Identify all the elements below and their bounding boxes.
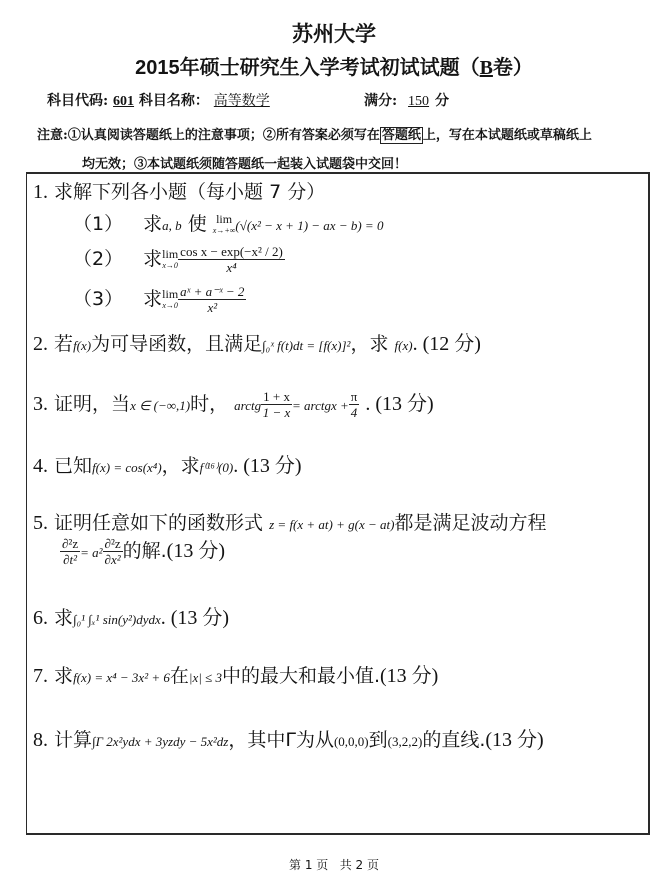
- q7-expr: f(x) = x⁴ − 3x² + 6: [73, 670, 170, 685]
- part-expr: (√(x² − x + 1) − ax − b) = 0: [235, 218, 383, 233]
- exam-title: 2015年硕士研究生入学考试初试试题（B卷）: [0, 51, 668, 80]
- lim-text: lim: [162, 247, 178, 261]
- q7-points: (13 分): [380, 665, 438, 687]
- subject-name: 高等数学: [214, 93, 276, 109]
- lim-sub: x→0: [162, 260, 178, 271]
- question-1: 1. 求解下列各小题（每小题 7 分）: [33, 177, 325, 204]
- limit-operator: limx→+∞: [213, 214, 236, 236]
- q3-text: 时，: [190, 393, 228, 415]
- limit-operator: limx→0: [162, 289, 178, 311]
- q8-number: 8.: [33, 729, 48, 751]
- q4-text: ，求: [162, 455, 200, 477]
- question-4: 4. 已知f(x) = cos(x⁴)，求f⁽¹⁶⁾(0). (13 分): [33, 449, 302, 478]
- subject-name-label: 科目名称：: [139, 93, 209, 109]
- fraction: π4: [349, 389, 360, 420]
- subject-code-label: 科目代码:: [47, 93, 108, 109]
- q4-text: 已知: [54, 455, 92, 477]
- denominator: ∂t²: [60, 552, 80, 567]
- numerator: aˣ + a⁻ˣ − 2: [178, 284, 246, 300]
- wave-equation: ∂²z∂t²= a²∂²z∂x²的解.(13 分): [60, 534, 225, 567]
- answer-sheet-boxed: 答题纸: [380, 127, 423, 144]
- lim-sub: x→+∞: [213, 225, 236, 236]
- full-score-label: 满分:: [364, 93, 397, 109]
- q8-end-point: (3,2,2): [388, 734, 423, 749]
- q3-cond: x ∈ (−∞,1): [130, 398, 190, 413]
- q7-text: 在: [170, 665, 189, 687]
- q3-lhs: arctg: [234, 398, 261, 413]
- notice-line-1: 注意:①认真阅读答题纸上的注意事项；②所有答案必须写在答题纸上，写在本试题纸或草…: [37, 124, 592, 143]
- limit-operator: limx→0: [162, 249, 178, 271]
- notice-label: 注意:: [37, 128, 68, 143]
- q8-start-point: (0,0,0): [334, 734, 369, 749]
- q5-text: 证明任意如下的函数形式: [54, 512, 263, 534]
- question-6: 6. 求∫₀¹ ∫ₓ¹ sin(y²)dydx. (13 分): [33, 601, 229, 630]
- part-mid: 使: [188, 213, 207, 235]
- lim-text: lim: [216, 212, 232, 226]
- notice-text-b: 上，写在本试题纸或草稿纸上: [423, 128, 592, 143]
- q4-points: . (13 分): [233, 455, 301, 477]
- q8-text: 计算: [54, 729, 92, 751]
- exam-year: 2015: [135, 57, 180, 79]
- numerator: π: [349, 389, 360, 405]
- part-prefix: 求: [143, 213, 162, 235]
- fraction: 1 + x1 − x: [261, 389, 292, 420]
- q6-points: . (13 分): [161, 607, 229, 629]
- question-7: 7. 求f(x) = x⁴ − 3x² + 6在|x| ≤ 3中的最大和最小值.…: [33, 659, 438, 688]
- fraction: aˣ + a⁻ˣ − 2x²: [178, 284, 246, 315]
- exam-variant: B: [480, 57, 493, 79]
- q1-part-3: （3） 求limx→0aˣ + a⁻ˣ − 2x²: [73, 284, 246, 315]
- q1-part-1: （1） 求a, b 使 limx→+∞(√(x² − x + 1) − ax −…: [73, 209, 383, 236]
- q2-text: ，求: [350, 333, 388, 355]
- fraction: ∂²z∂t²: [60, 536, 80, 567]
- question-8: 8. 计算∫Γ 2x²ydx + 3yzdy − 5x²dz，其中Γ为从(0,0…: [33, 723, 544, 752]
- q4-number: 4.: [33, 455, 48, 477]
- university-title: 苏州大学: [0, 18, 668, 48]
- lim-sub: x→0: [162, 300, 178, 311]
- numerator: ∂²z: [60, 536, 80, 552]
- denominator: x²: [178, 300, 246, 315]
- question-5: 5. 证明任意如下的函数形式 z = f(x + at) + g(x − at)…: [33, 508, 546, 535]
- q2-text: 为可导函数，且满足: [91, 333, 262, 355]
- q6-text: 求: [54, 607, 73, 629]
- q1-text: 求解下列各小题（每小题 7 分）: [54, 181, 325, 203]
- denominator: 1 − x: [261, 405, 292, 420]
- part-label: （1）: [73, 213, 123, 235]
- q5-text: 都是满足波动方程: [394, 512, 546, 534]
- fraction: ∂²z∂x²: [103, 536, 123, 567]
- q6-expr: ∫₀¹ ∫ₓ¹ sin(y²)dydx: [73, 612, 161, 627]
- q2-number: 2.: [33, 333, 48, 355]
- q1-part-2: （2） 求limx→0cos x − exp(−x² / 2)x⁴: [73, 244, 285, 275]
- notice-line-2: 均无效；③本试题纸须随答题纸一起装入试题袋中交回！: [82, 153, 407, 172]
- q2-points: . (12 分): [413, 333, 481, 355]
- q2-func: f(x): [73, 338, 91, 353]
- question-3: 3. 证明，当x ∈ (−∞,1)时， arctg1 + x1 − x= arc…: [33, 387, 434, 420]
- numerator: cos x − exp(−x² / 2): [178, 244, 285, 260]
- lim-text: lim: [162, 287, 178, 301]
- part-prefix: 求: [143, 248, 162, 270]
- q7-text: 中的最大和最小值.: [222, 665, 380, 687]
- q2-text: 若: [54, 333, 73, 355]
- fraction: cos x − exp(−x² / 2)x⁴: [178, 244, 285, 275]
- exam-variant-suffix: 卷）: [493, 55, 533, 79]
- page-number: 第 1 页: [289, 858, 328, 872]
- part-vars: a, b: [162, 218, 182, 233]
- q2-func: f(x): [395, 338, 413, 353]
- q3-text: 证明，当: [54, 393, 130, 415]
- numerator: 1 + x: [261, 389, 292, 405]
- q8-text: 到: [369, 729, 388, 751]
- q3-rhs: = arctgx +: [292, 398, 349, 413]
- question-2: 2. 若f(x)为可导函数，且满足∫₀ˣ f(t)dt = [f(x)]²，求 …: [33, 327, 481, 356]
- q4-expr: f(x) = cos(x⁴): [92, 460, 162, 475]
- q8-text: 的直线.: [422, 729, 485, 751]
- subject-code: 601: [113, 94, 134, 109]
- denominator: 4: [349, 405, 360, 420]
- denominator: x⁴: [178, 260, 285, 275]
- q7-text: 求: [54, 665, 73, 687]
- q8-points: (13 分): [485, 729, 543, 751]
- denominator: ∂x²: [103, 552, 123, 567]
- q5-number: 5.: [33, 512, 48, 534]
- full-score-unit: 分: [435, 93, 449, 109]
- part-label: （2）: [73, 248, 123, 270]
- q1-number: 1.: [33, 181, 48, 203]
- q7-cond: |x| ≤ 3: [189, 670, 222, 685]
- notice-text-a: ①认真阅读答题纸上的注意事项；②所有答案必须写在: [68, 128, 380, 143]
- q4-target: f⁽¹⁶⁾(0): [200, 460, 234, 475]
- q8-text: ，其中Γ为从: [228, 729, 334, 751]
- numerator: ∂²z: [103, 536, 123, 552]
- page-total: 共 2 页: [340, 858, 379, 872]
- part-prefix: 求: [143, 288, 162, 310]
- full-score-info: 满分: 150分: [364, 90, 449, 110]
- q5-text: 的解.: [123, 540, 167, 562]
- q6-number: 6.: [33, 607, 48, 629]
- page-footer: 第 1 页 共 2 页: [0, 856, 668, 873]
- subject-info: 科目代码: 601 科目名称： 高等数学: [47, 90, 276, 110]
- full-score: 150: [402, 94, 435, 109]
- q2-expr: ∫₀ˣ f(t)dt = [f(x)]²: [262, 338, 350, 353]
- q3-points: . (13 分): [365, 393, 433, 415]
- q7-number: 7.: [33, 665, 48, 687]
- q8-expr: ∫Γ 2x²ydx + 3yzdy − 5x²dz: [92, 734, 228, 749]
- q5-expr: z = f(x + at) + g(x − at): [269, 517, 394, 532]
- q3-number: 3.: [33, 393, 48, 415]
- part-label: （3）: [73, 288, 123, 310]
- q5-eq-mid: = a²: [80, 545, 102, 560]
- q5-points: (13 分): [167, 540, 225, 562]
- exam-title-text: 年硕士研究生入学考试初试试题（: [180, 55, 480, 79]
